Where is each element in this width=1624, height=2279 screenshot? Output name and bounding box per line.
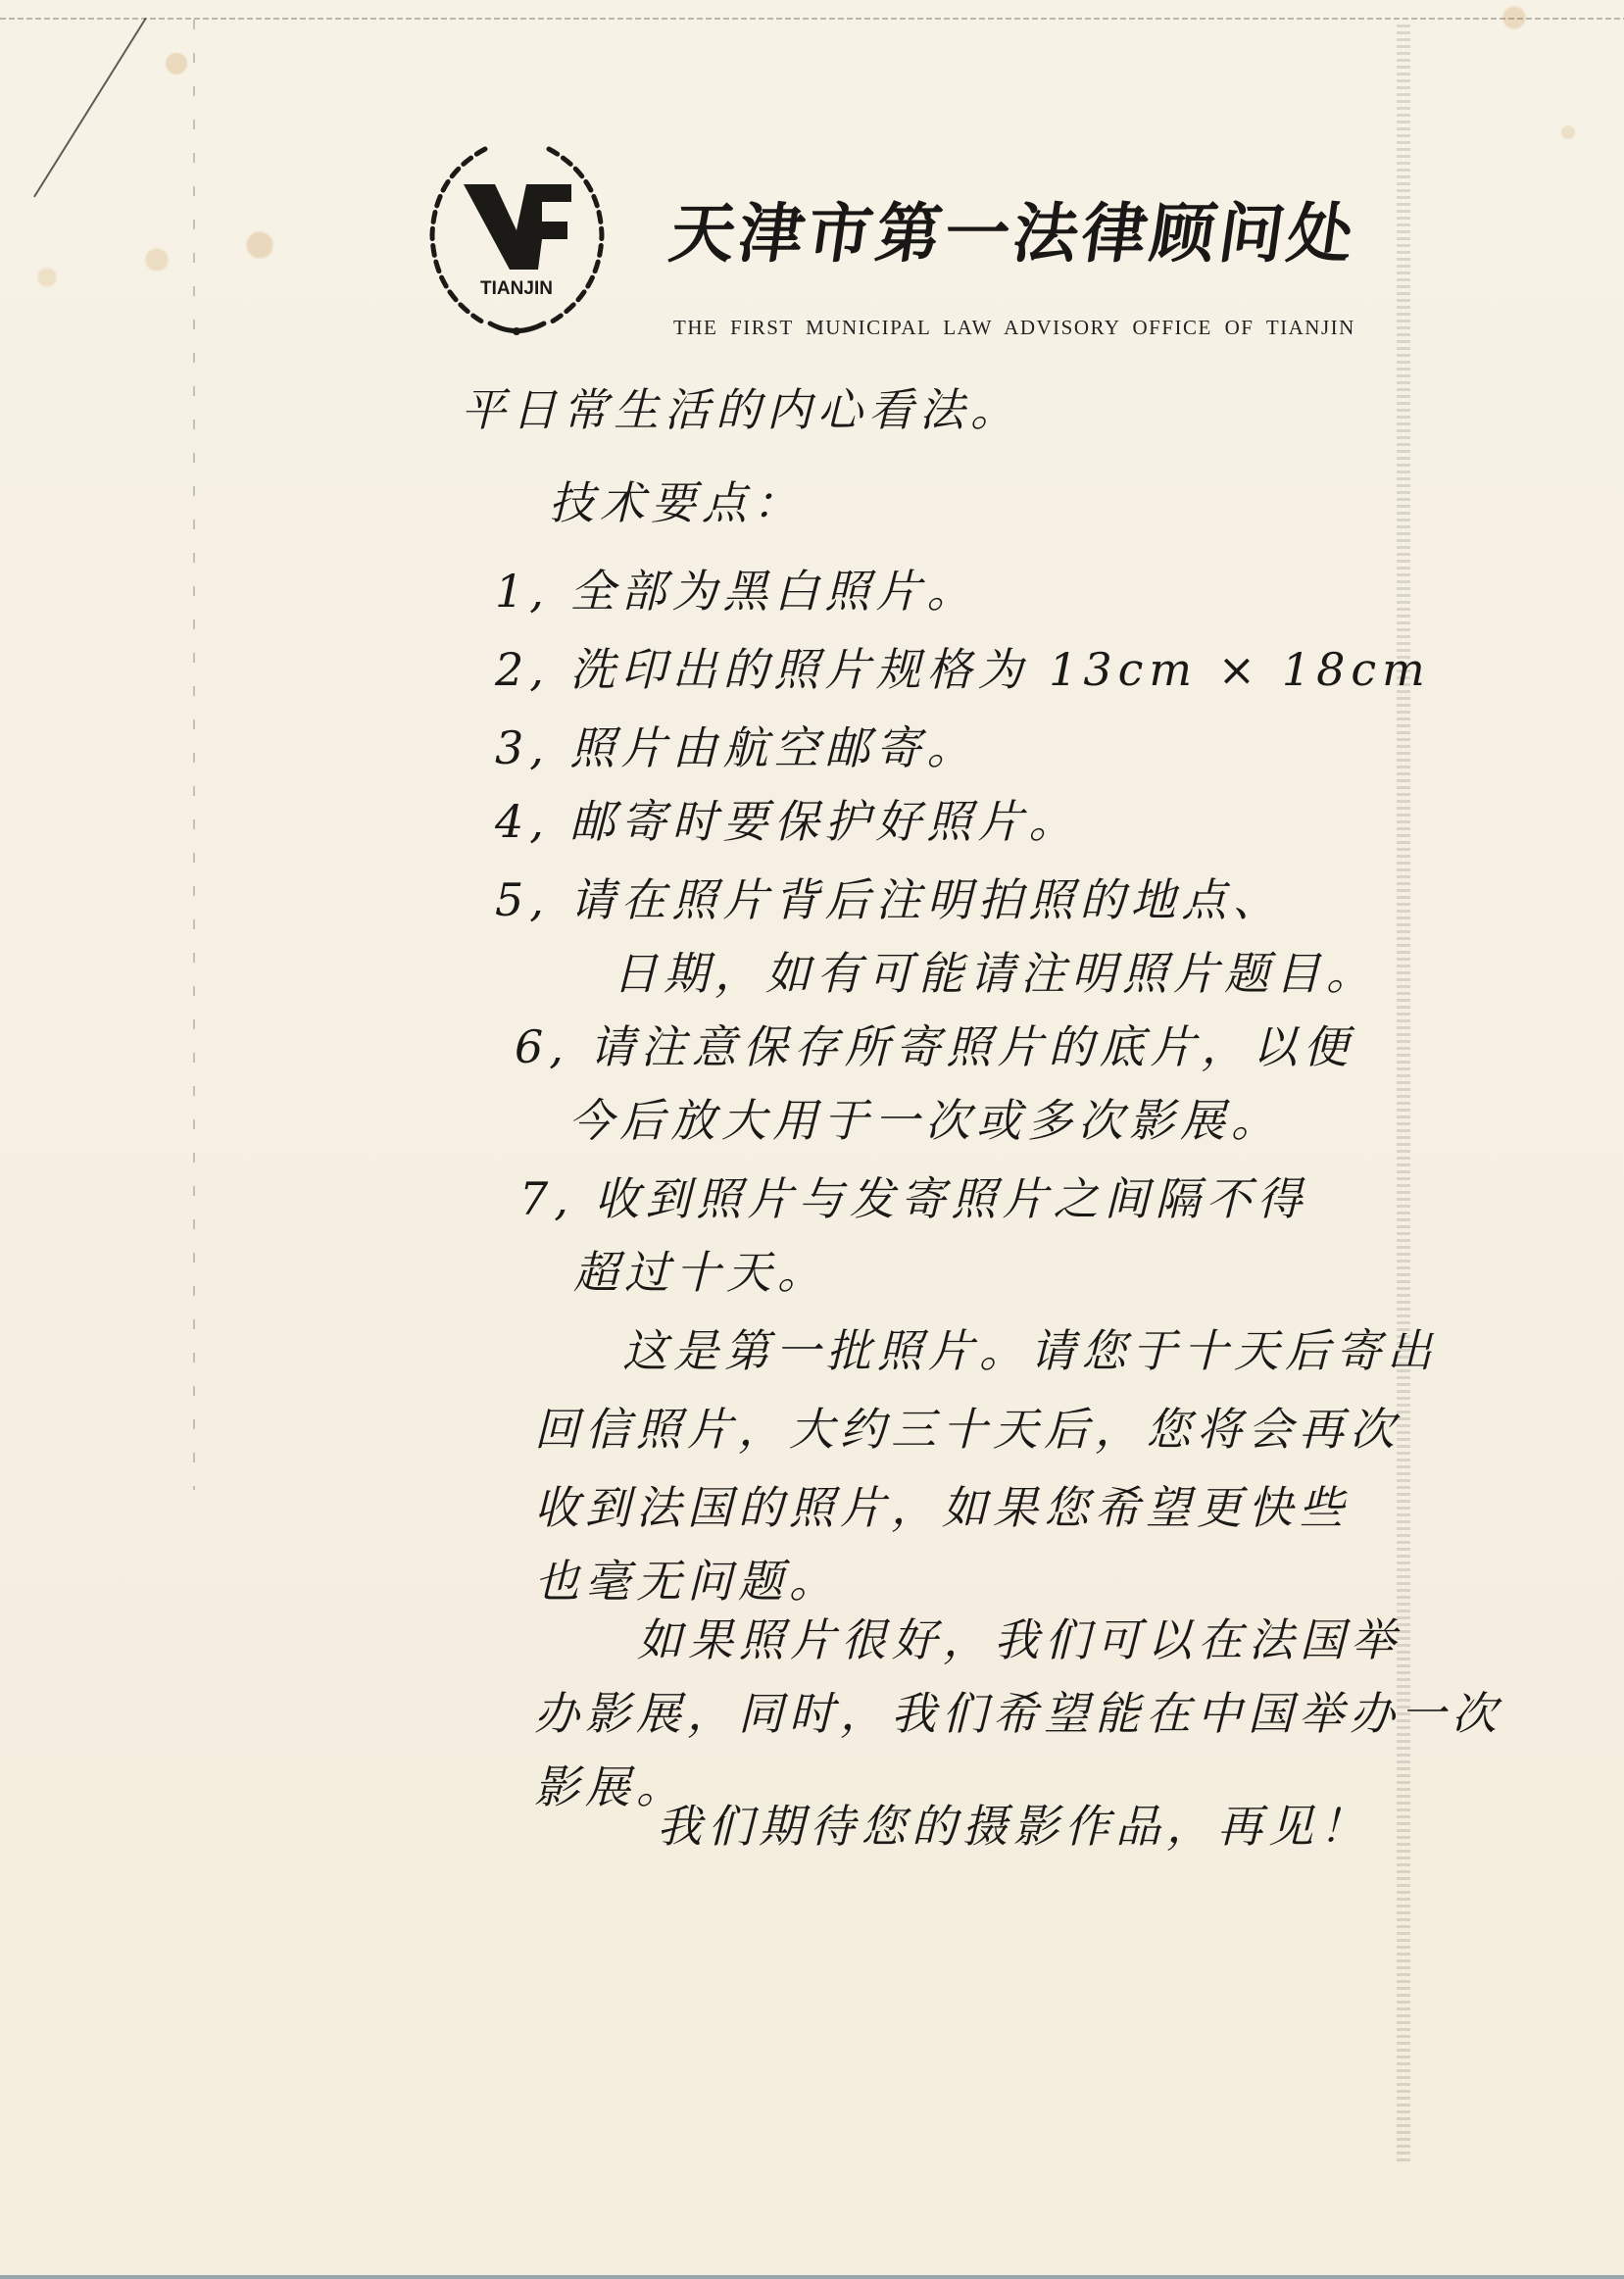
point-6-continuation: 今后放大用于一次或多次影展。 xyxy=(568,1098,1282,1143)
logo-city-label: TIANJIN xyxy=(480,278,553,299)
point-5: 5, 请在照片背后注明拍照的地点、 xyxy=(495,877,1284,922)
point-text: 请在照片背后注明拍照的地点、 xyxy=(570,873,1284,926)
point-7-continuation: 超过十天。 xyxy=(573,1250,828,1295)
point-text: 请注意保存所寄照片的底片，以便 xyxy=(590,1020,1354,1073)
point-text: 照片由航空邮寄。 xyxy=(570,721,978,774)
letterhead: TIANJIN 天津市第一法律顾问处 THE FIRST MUNICIPAL L… xyxy=(417,137,1504,353)
paragraph-1-line-4: 也毫无问题。 xyxy=(534,1559,840,1604)
paragraph-2-line-1: 如果照片很好，我们可以在法国举 xyxy=(637,1617,1402,1662)
point-number: 7, xyxy=(519,1172,574,1225)
paragraph-1-line-2: 回信照片，大约三十天后，您将会再次 xyxy=(534,1407,1401,1452)
scan-vertical-dash xyxy=(193,20,195,1490)
point-number: 5, xyxy=(495,873,550,926)
intro-line: 平日常生活的内心看法。 xyxy=(461,387,1021,432)
point-2: 2, 洗印出的照片规格为 13cm × 18cm xyxy=(495,647,1431,692)
point-text: 邮寄时要保护好照片。 xyxy=(570,795,1080,848)
point-number: 3, xyxy=(495,721,550,774)
section-heading: 技术要点： xyxy=(549,480,804,525)
point-number: 4, xyxy=(495,795,550,848)
point-6: 6, 请注意保存所寄照片的底片，以便 xyxy=(515,1024,1354,1069)
point-1: 1, 全部为黑白照片。 xyxy=(495,569,978,614)
point-text: 洗印出的照片规格为 13cm × 18cm xyxy=(570,643,1431,696)
point-text: 收到照片与发寄照片之间隔不得 xyxy=(595,1172,1308,1225)
point-text: 全部为黑白照片。 xyxy=(570,565,978,618)
point-4: 4, 邮寄时要保护好照片。 xyxy=(495,799,1080,844)
org-name-english: THE FIRST MUNICIPAL LAW ADVISORY OFFICE … xyxy=(673,316,1355,340)
closing-line: 我们期待您的摄影作品，再见！ xyxy=(657,1804,1370,1849)
paragraph-2-line-2: 办影展，同时，我们希望能在中国举办一次 xyxy=(534,1691,1502,1736)
paragraph-1-line-3: 收到法国的照片，如果您希望更快些 xyxy=(534,1485,1350,1530)
scan-top-rule xyxy=(0,18,1624,20)
paragraph-1-line-1: 这是第一批照片。请您于十天后寄出 xyxy=(622,1328,1438,1373)
point-number: 2, xyxy=(495,643,550,696)
laurel-emblem-icon: TIANJIN xyxy=(417,137,617,338)
point-5-continuation: 日期，如有可能请注明照片题目。 xyxy=(613,951,1377,996)
org-name-chinese: 天津市第一法律顾问处 xyxy=(664,181,1363,274)
point-number: 1, xyxy=(495,565,550,618)
point-3: 3, 照片由航空邮寄。 xyxy=(495,725,978,770)
point-number: 6, xyxy=(515,1020,569,1073)
point-7: 7, 收到照片与发寄照片之间隔不得 xyxy=(519,1176,1308,1221)
scan-bottom-edge xyxy=(0,2275,1624,2279)
